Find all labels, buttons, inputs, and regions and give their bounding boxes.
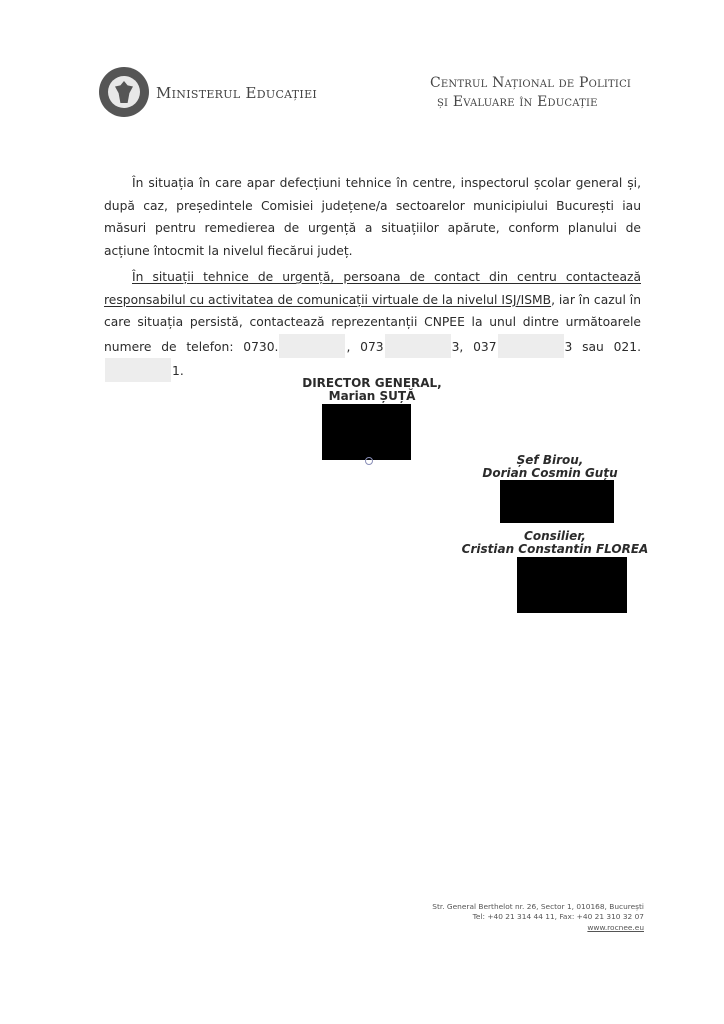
redacted-phone <box>279 334 345 358</box>
centre-name: Centrul Național de Politici și Evaluare… <box>430 74 631 112</box>
centre-name-line2: și Evaluare în Educație <box>430 93 631 112</box>
paragraph1-text: În situația în care apar defecțiuni tehn… <box>104 176 641 258</box>
centre-name-line1: Centrul Național de Politici <box>430 74 631 93</box>
redacted-signature <box>500 480 614 523</box>
director-name: Marian ȘUȚĂ <box>282 390 462 403</box>
director-signature-block: DIRECTOR GENERAL, Marian ȘUȚĂ <box>282 377 462 403</box>
footer-website-link[interactable]: www.rocnee.eu <box>384 923 644 933</box>
redacted-signature <box>322 404 411 460</box>
phone-3: , 0373 <box>459 340 572 354</box>
phone-2: , 0733 <box>346 340 459 354</box>
redacted-phone <box>498 334 564 358</box>
footer-contact: Str. General Berthelot nr. 26, Sector 1,… <box>384 902 644 933</box>
head-of-office-signature-block: Șef Birou, Dorian Cosmin Guțu <box>460 454 640 480</box>
counselor-signature-block: Consilier, Cristian Constantin FLOREA <box>450 530 660 556</box>
redacted-phone <box>105 358 171 382</box>
redacted-phone <box>385 334 451 358</box>
footer-phone-fax: Tel: +40 21 314 44 11, Fax: +40 21 310 3… <box>384 912 644 922</box>
phone-1: 0730. <box>243 340 346 354</box>
paragraph-technical-defects: În situația în care apar defecțiuni tehn… <box>104 172 641 262</box>
signature-stroke <box>365 457 373 465</box>
head-of-office-name: Dorian Cosmin Guțu <box>460 467 640 480</box>
redacted-signature <box>517 557 627 613</box>
counselor-name: Cristian Constantin FLOREA <box>450 543 660 556</box>
ministry-name: Ministerul Educației <box>156 84 317 102</box>
footer-address: Str. General Berthelot nr. 26, Sector 1,… <box>384 902 644 912</box>
paragraph-emergency-contact: În situații tehnice de urgență, persoana… <box>104 266 641 383</box>
government-seal-icon <box>99 67 149 117</box>
